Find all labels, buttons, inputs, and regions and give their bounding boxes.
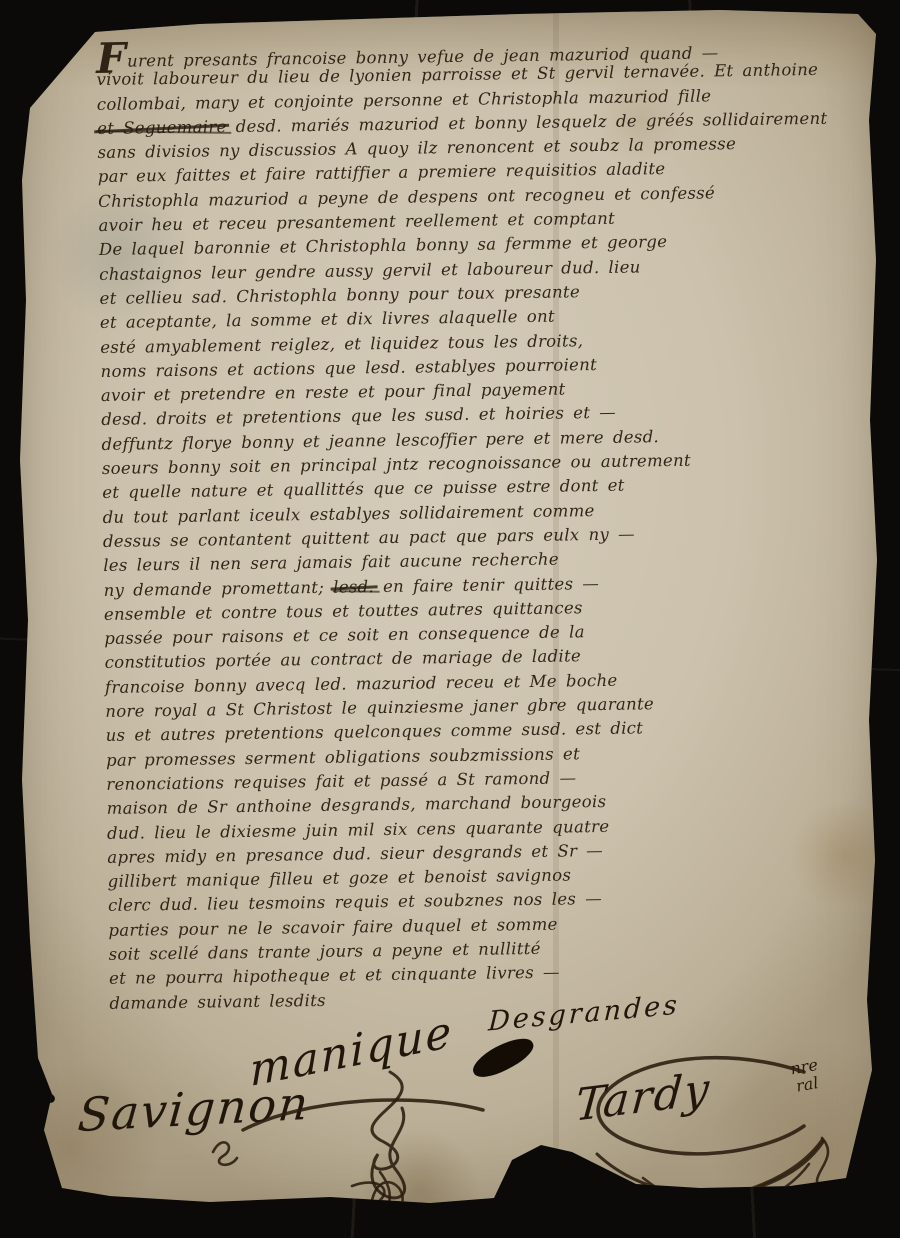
ink-blot (468, 1031, 538, 1084)
line-text: en faire tenir quittes — (374, 574, 599, 596)
paraph-mark-curl (338, 1172, 408, 1236)
strikethrough-text: lesd. (333, 575, 374, 600)
strikethrough-text: et Seguemaire (97, 115, 227, 141)
drop-cap: F (96, 50, 126, 68)
paraph-flourish-tardy-under (585, 1120, 835, 1220)
manuscript-text: Furent presants francoise bonny vefue de… (96, 33, 884, 1016)
photo-background: Furent presants francoise bonny vefue de… (0, 0, 900, 1238)
notary-abbreviation: nre ral (789, 1056, 822, 1096)
line-text: ny demande promettant; (103, 577, 333, 599)
notary-abbrev-line: ral (792, 1074, 822, 1096)
signature-tardy: Tardy (573, 1063, 713, 1132)
signature-savignon: Savignon (76, 1076, 312, 1142)
paraph-flourish-savignon-knot (318, 1062, 453, 1237)
manuscript-paper: Furent presants francoise bonny vefue de… (0, 0, 900, 1238)
paper-hole (37, 1090, 56, 1105)
paraph-mark-final (796, 1132, 851, 1217)
